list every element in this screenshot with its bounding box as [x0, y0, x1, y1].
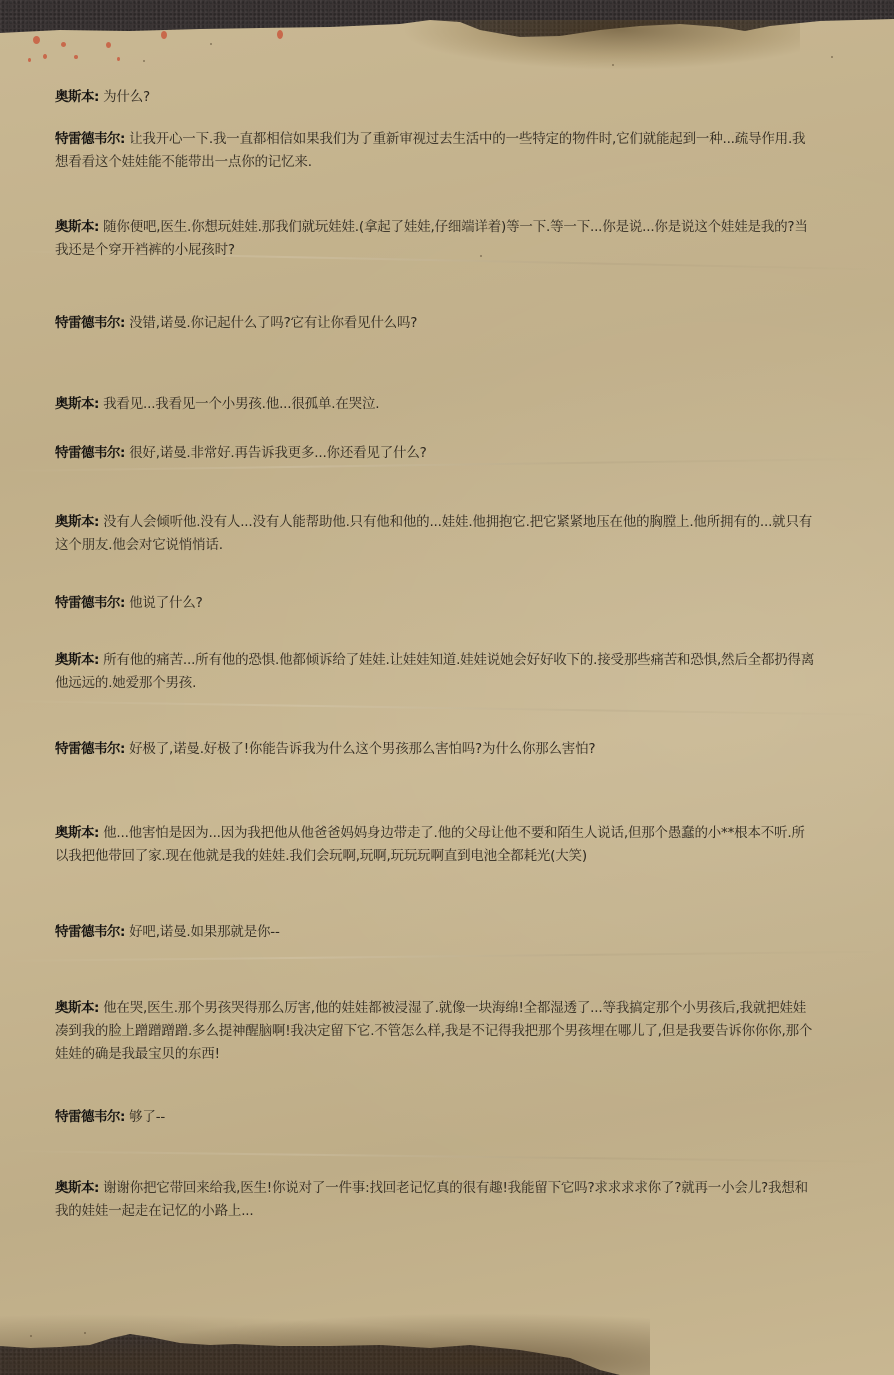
dialogue-text: 很好,诺曼.非常好.再告诉我更多...你还看见了什么?	[129, 445, 427, 461]
dialogue-text: 谢谢你把它带回来给我,医生!你说对了一件事:找回老记忆真的很有趣!我能留下它吗?…	[55, 1180, 808, 1219]
speaker-separator: :	[94, 825, 103, 841]
speaker-name: 奥斯本	[55, 1180, 94, 1196]
speaker-name: 特雷德韦尔	[55, 1109, 120, 1125]
dialogue-text: 好吧,诺曼.如果那就是你--	[129, 924, 280, 940]
speaker-name: 特雷德韦尔	[55, 741, 120, 757]
dialogue-line: 奥斯本: 随你便吧,医生.你想玩娃娃.那我们就玩娃娃.(拿起了娃娃,仔细端详着)…	[55, 216, 815, 262]
dialogue-line: 特雷德韦尔: 好极了,诺曼.好极了!你能告诉我为什么这个男孩那么害怕吗?为什么你…	[55, 738, 815, 761]
dialogue-text: 好极了,诺曼.好极了!你能告诉我为什么这个男孩那么害怕吗?为什么你那么害怕?	[129, 741, 595, 757]
dialogue-line: 奥斯本: 他在哭,医生.那个男孩哭得那么厉害,他的娃娃都被浸湿了.就像一块海绵!…	[55, 997, 815, 1066]
dialogue-line: 奥斯本: 谢谢你把它带回来给我,医生!你说对了一件事:找回老记忆真的很有趣!我能…	[55, 1177, 815, 1223]
speaker-separator: :	[120, 595, 129, 611]
speaker-separator: :	[94, 514, 103, 530]
dialogue-text: 所有他的痛苦...所有他的恐惧.他都倾诉给了娃娃.让娃娃知道.娃娃说她会好好收下…	[55, 652, 814, 691]
dialogue-line: 特雷德韦尔: 没错,诺曼.你记起什么了吗?它有让你看见什么吗?	[55, 312, 815, 335]
dialogue-text: 没错,诺曼.你记起什么了吗?它有让你看见什么吗?	[129, 315, 417, 331]
dialogue-line: 特雷德韦尔: 让我开心一下.我一直都相信如果我们为了重新审视过去生活中的一些特定…	[55, 128, 815, 174]
speaker-separator: :	[120, 924, 129, 940]
speaker-separator: :	[94, 396, 103, 412]
speaker-separator: :	[94, 1180, 103, 1196]
dialogue-text: 没有人会倾听他.没有人...没有人能帮助他.只有他和他的...娃娃.他拥抱它.把…	[55, 514, 812, 553]
dialogue-text: 够了--	[129, 1109, 165, 1125]
speaker-name: 特雷德韦尔	[55, 595, 120, 611]
dialogue-line: 奥斯本: 为什么?	[55, 86, 815, 109]
speaker-name: 奥斯本	[55, 652, 94, 668]
dialogue-text: 让我开心一下.我一直都相信如果我们为了重新审视过去生活中的一些特定的物件时,它们…	[55, 131, 805, 170]
speaker-name: 奥斯本	[55, 396, 94, 412]
speaker-separator: :	[120, 315, 129, 331]
dialogue-text: 他说了什么?	[129, 595, 202, 611]
dialogue-line: 特雷德韦尔: 好吧,诺曼.如果那就是你--	[55, 921, 815, 944]
speaker-separator: :	[94, 1000, 103, 1016]
speaker-name: 奥斯本	[55, 825, 94, 841]
dialogue-line: 特雷德韦尔: 够了--	[55, 1106, 815, 1129]
speaker-separator: :	[120, 741, 129, 757]
dialogue-line: 特雷德韦尔: 他说了什么?	[55, 592, 815, 615]
dialogue-transcript: 奥斯本: 为什么? 特雷德韦尔: 让我开心一下.我一直都相信如果我们为了重新审视…	[0, 0, 894, 1375]
speaker-separator: :	[94, 652, 103, 668]
speaker-name: 奥斯本	[55, 1000, 94, 1016]
dialogue-line: 特雷德韦尔: 很好,诺曼.非常好.再告诉我更多...你还看见了什么?	[55, 442, 815, 465]
dialogue-line: 奥斯本: 没有人会倾听他.没有人...没有人能帮助他.只有他和他的...娃娃.他…	[55, 511, 815, 557]
speaker-name: 奥斯本	[55, 89, 94, 105]
dialogue-line: 奥斯本: 他...他害怕是因为...因为我把他从他爸爸妈妈身边带走了.他的父母让…	[55, 822, 815, 868]
speaker-separator: :	[120, 131, 129, 147]
speaker-separator: :	[120, 445, 129, 461]
speaker-name: 特雷德韦尔	[55, 315, 120, 331]
speaker-name: 奥斯本	[55, 514, 94, 530]
speaker-name: 特雷德韦尔	[55, 131, 120, 147]
dialogue-text: 他...他害怕是因为...因为我把他从他爸爸妈妈身边带走了.他的父母让他不要和陌…	[55, 825, 805, 864]
dialogue-text: 他在哭,医生.那个男孩哭得那么厉害,他的娃娃都被浸湿了.就像一块海绵!全都湿透了…	[55, 1000, 812, 1062]
speaker-separator: :	[94, 219, 103, 235]
speaker-name: 特雷德韦尔	[55, 445, 120, 461]
dialogue-text: 我看见...我看见一个小男孩.他...很孤单.在哭泣.	[103, 396, 379, 412]
dialogue-line: 奥斯本: 我看见...我看见一个小男孩.他...很孤单.在哭泣.	[55, 393, 815, 416]
speaker-name: 奥斯本	[55, 219, 94, 235]
dialogue-text: 随你便吧,医生.你想玩娃娃.那我们就玩娃娃.(拿起了娃娃,仔细端详着)等一下.等…	[55, 219, 808, 258]
speaker-separator: :	[94, 89, 103, 105]
dialogue-text: 为什么?	[103, 89, 150, 105]
speaker-separator: :	[120, 1109, 129, 1125]
speaker-name: 特雷德韦尔	[55, 924, 120, 940]
dialogue-line: 奥斯本: 所有他的痛苦...所有他的恐惧.他都倾诉给了娃娃.让娃娃知道.娃娃说她…	[55, 649, 815, 695]
